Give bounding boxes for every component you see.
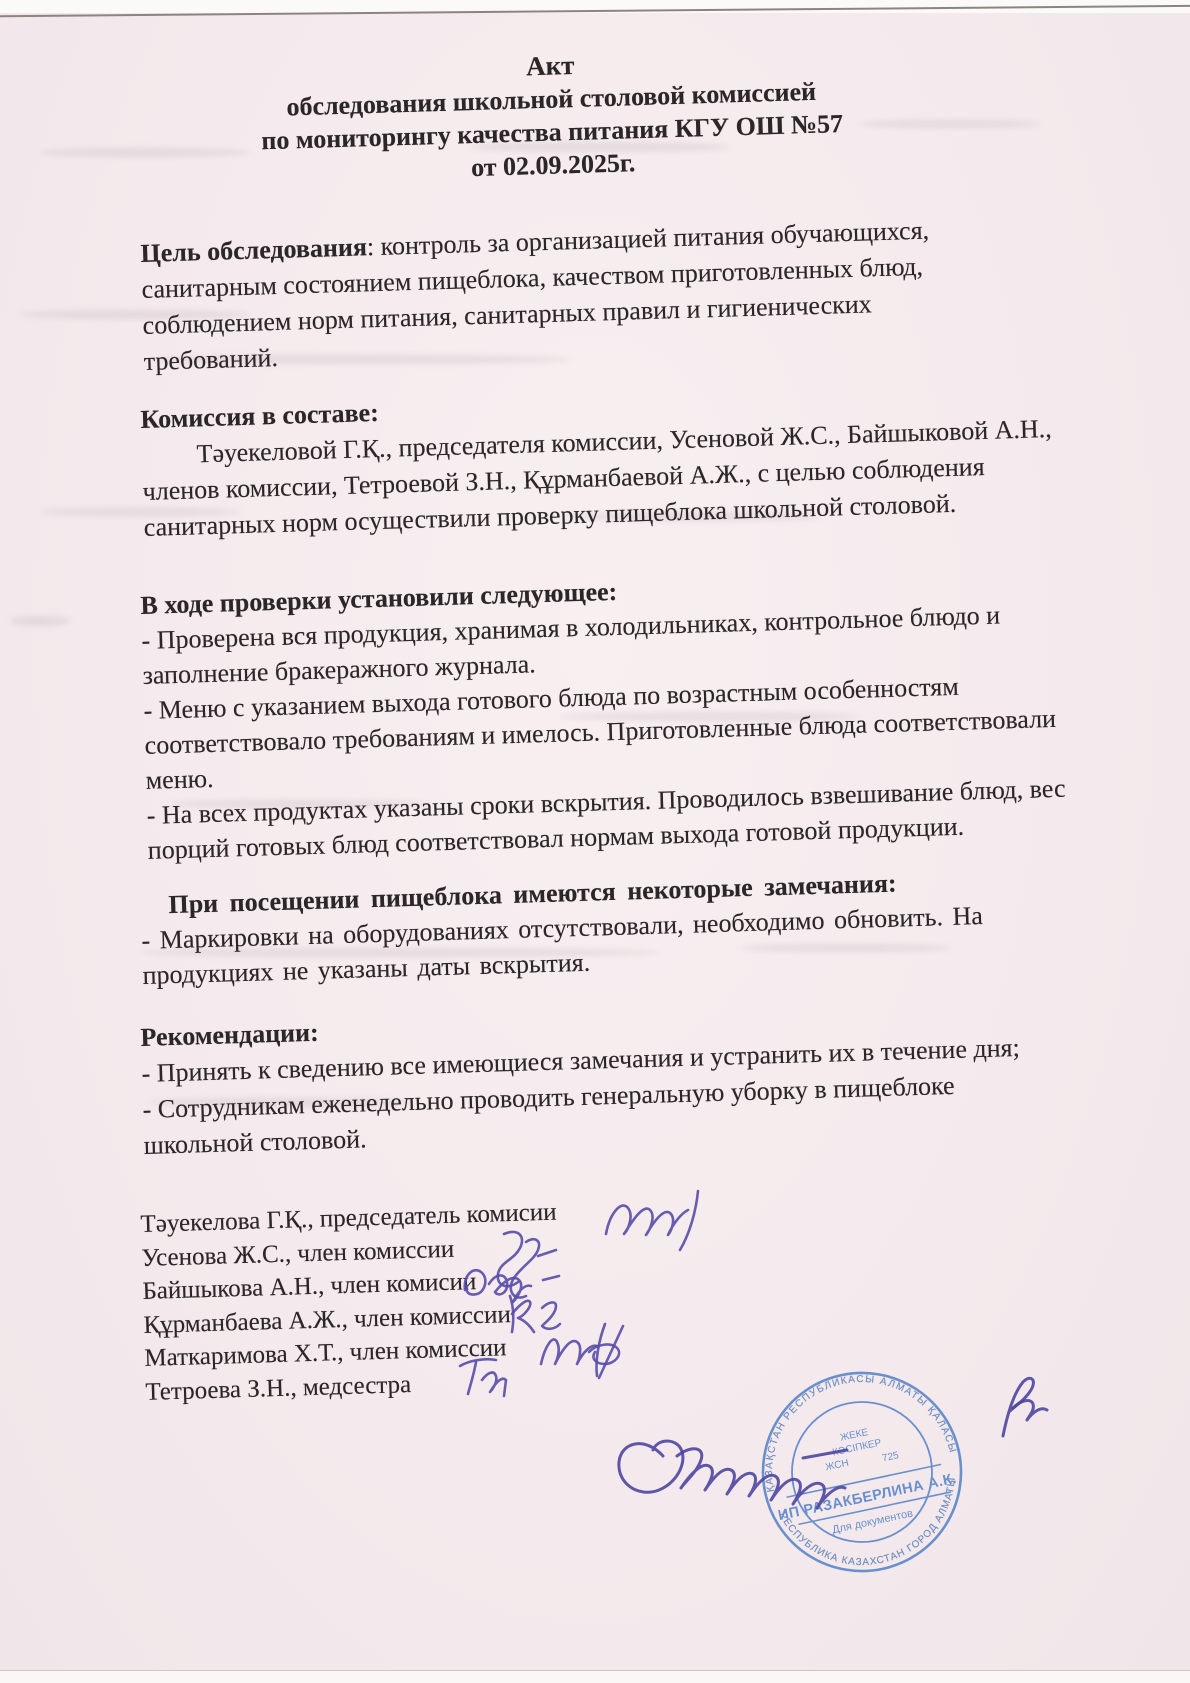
- document-page: Акт обследования школьной столовой комис…: [0, 0, 1190, 1683]
- scan-artifact: [10, 616, 70, 626]
- handwritten-signature-director: [605, 1398, 925, 1523]
- handwritten-signature-matkarimova: [535, 1316, 640, 1382]
- section-recommendations: Рекомендации: - Принять к сведению все и…: [140, 993, 1044, 1164]
- handwritten-signature-tauekelova: [600, 1186, 715, 1252]
- section-remarks: При посещении пищеблока имеются некоторы…: [140, 863, 988, 993]
- document-title: Акт обследования школьной столовой комис…: [0, 33, 1103, 198]
- goal-label: Цель обследования: [140, 232, 367, 268]
- section-commission: Комиссия в составе: Тәуекеловой Г.Қ., пр…: [140, 375, 1064, 546]
- handwritten-signature-tetroeva: [452, 1348, 532, 1402]
- handwritten-signature-extra: [975, 1372, 1060, 1444]
- section-goal: Цель обследования: контроль за организац…: [140, 211, 994, 380]
- scanner-edge-bottom: [0, 1670, 1190, 1683]
- section-findings: В ходе проверки установили следующее: - …: [140, 560, 1078, 867]
